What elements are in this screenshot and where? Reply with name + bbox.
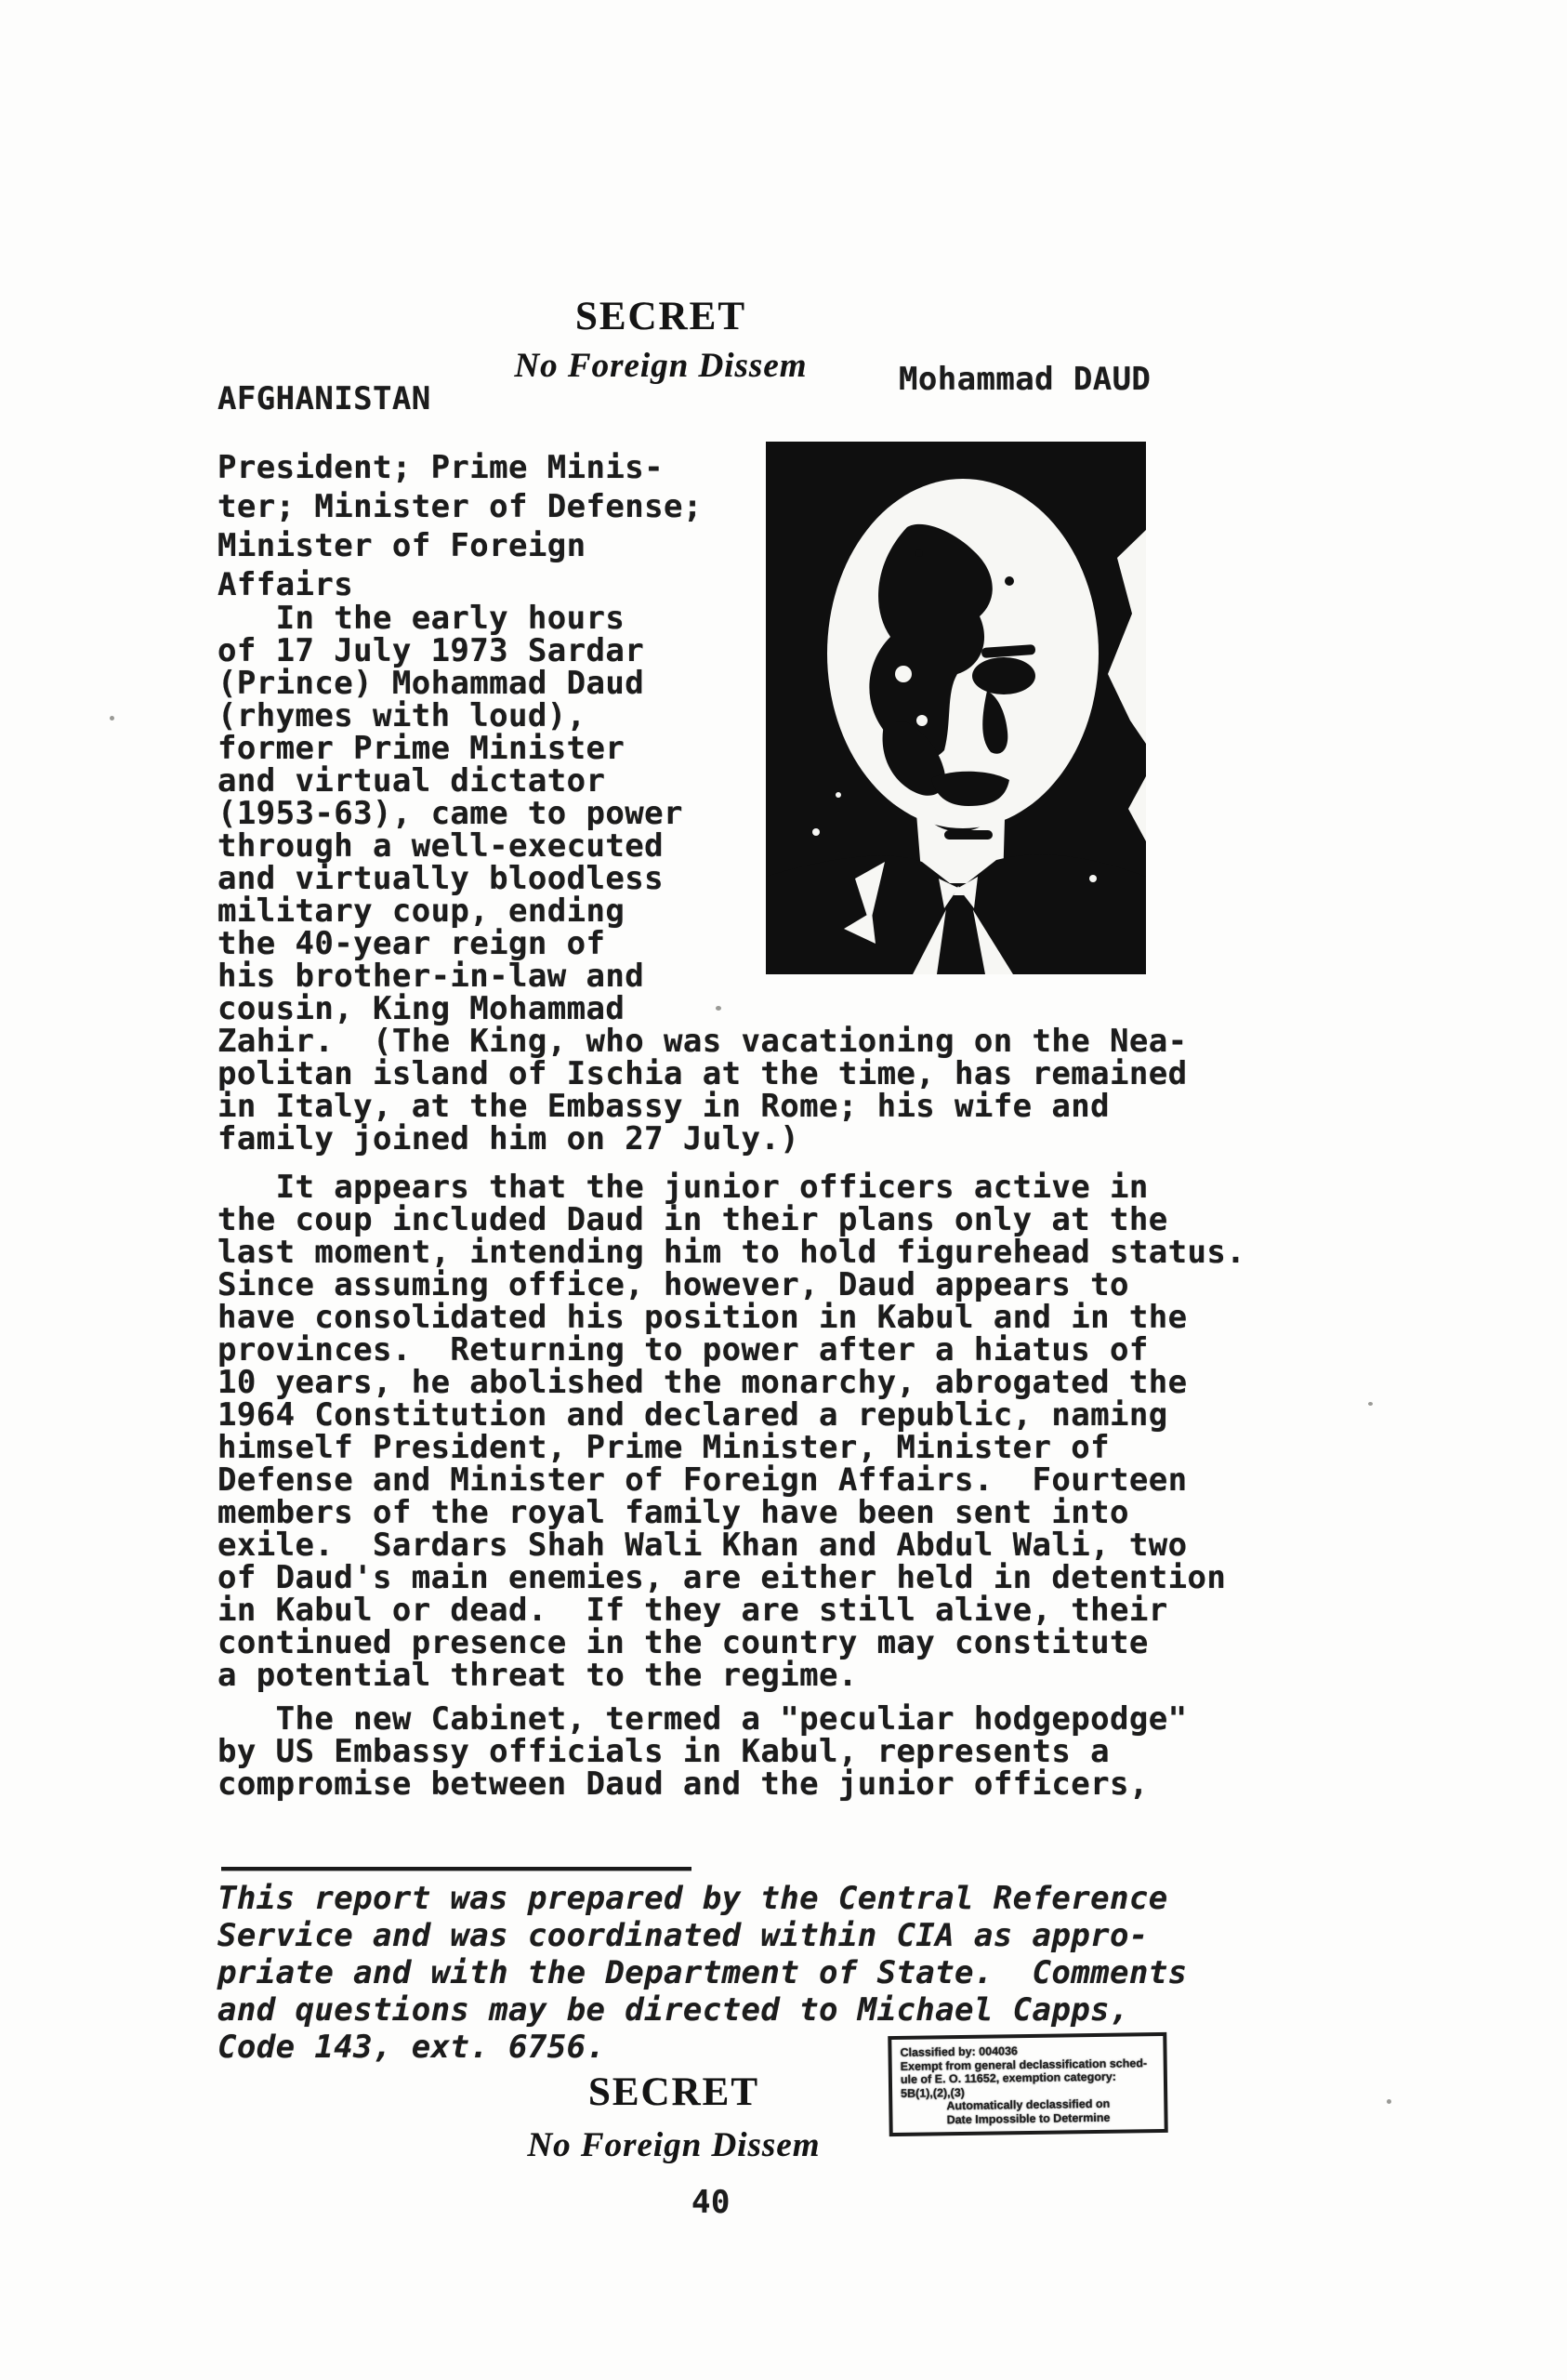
scan-speck [1368, 1402, 1373, 1406]
document-page: SECRET No Foreign Dissem AFGHANISTAN Moh… [0, 0, 1567, 2380]
subject-name: Mohammad DAUD [899, 364, 1151, 396]
page-number: 40 [691, 2187, 731, 2219]
footnote-rule [221, 1867, 691, 1871]
scan-speck [110, 716, 114, 721]
scan-speck [1387, 2099, 1391, 2104]
country-heading: AFGHANISTAN [217, 383, 431, 416]
subject-titles: President; Prime Minis- ter; Minister of… [217, 448, 794, 604]
body-paragraph-2: It appears that the junior officers acti… [217, 1171, 1258, 1692]
scan-speck [716, 1006, 721, 1011]
bottom-classification: SECRET [28, 2069, 1320, 2115]
body-paragraph-1: In the early hours of 17 July 1973 Sarda… [217, 602, 1258, 1156]
bottom-dissem-caveat: No Foreign Dissem [28, 2125, 1320, 2165]
top-classification: SECRET [0, 294, 1322, 339]
body-paragraph-3: The new Cabinet, termed a "peculiar hodg… [217, 1703, 1258, 1801]
